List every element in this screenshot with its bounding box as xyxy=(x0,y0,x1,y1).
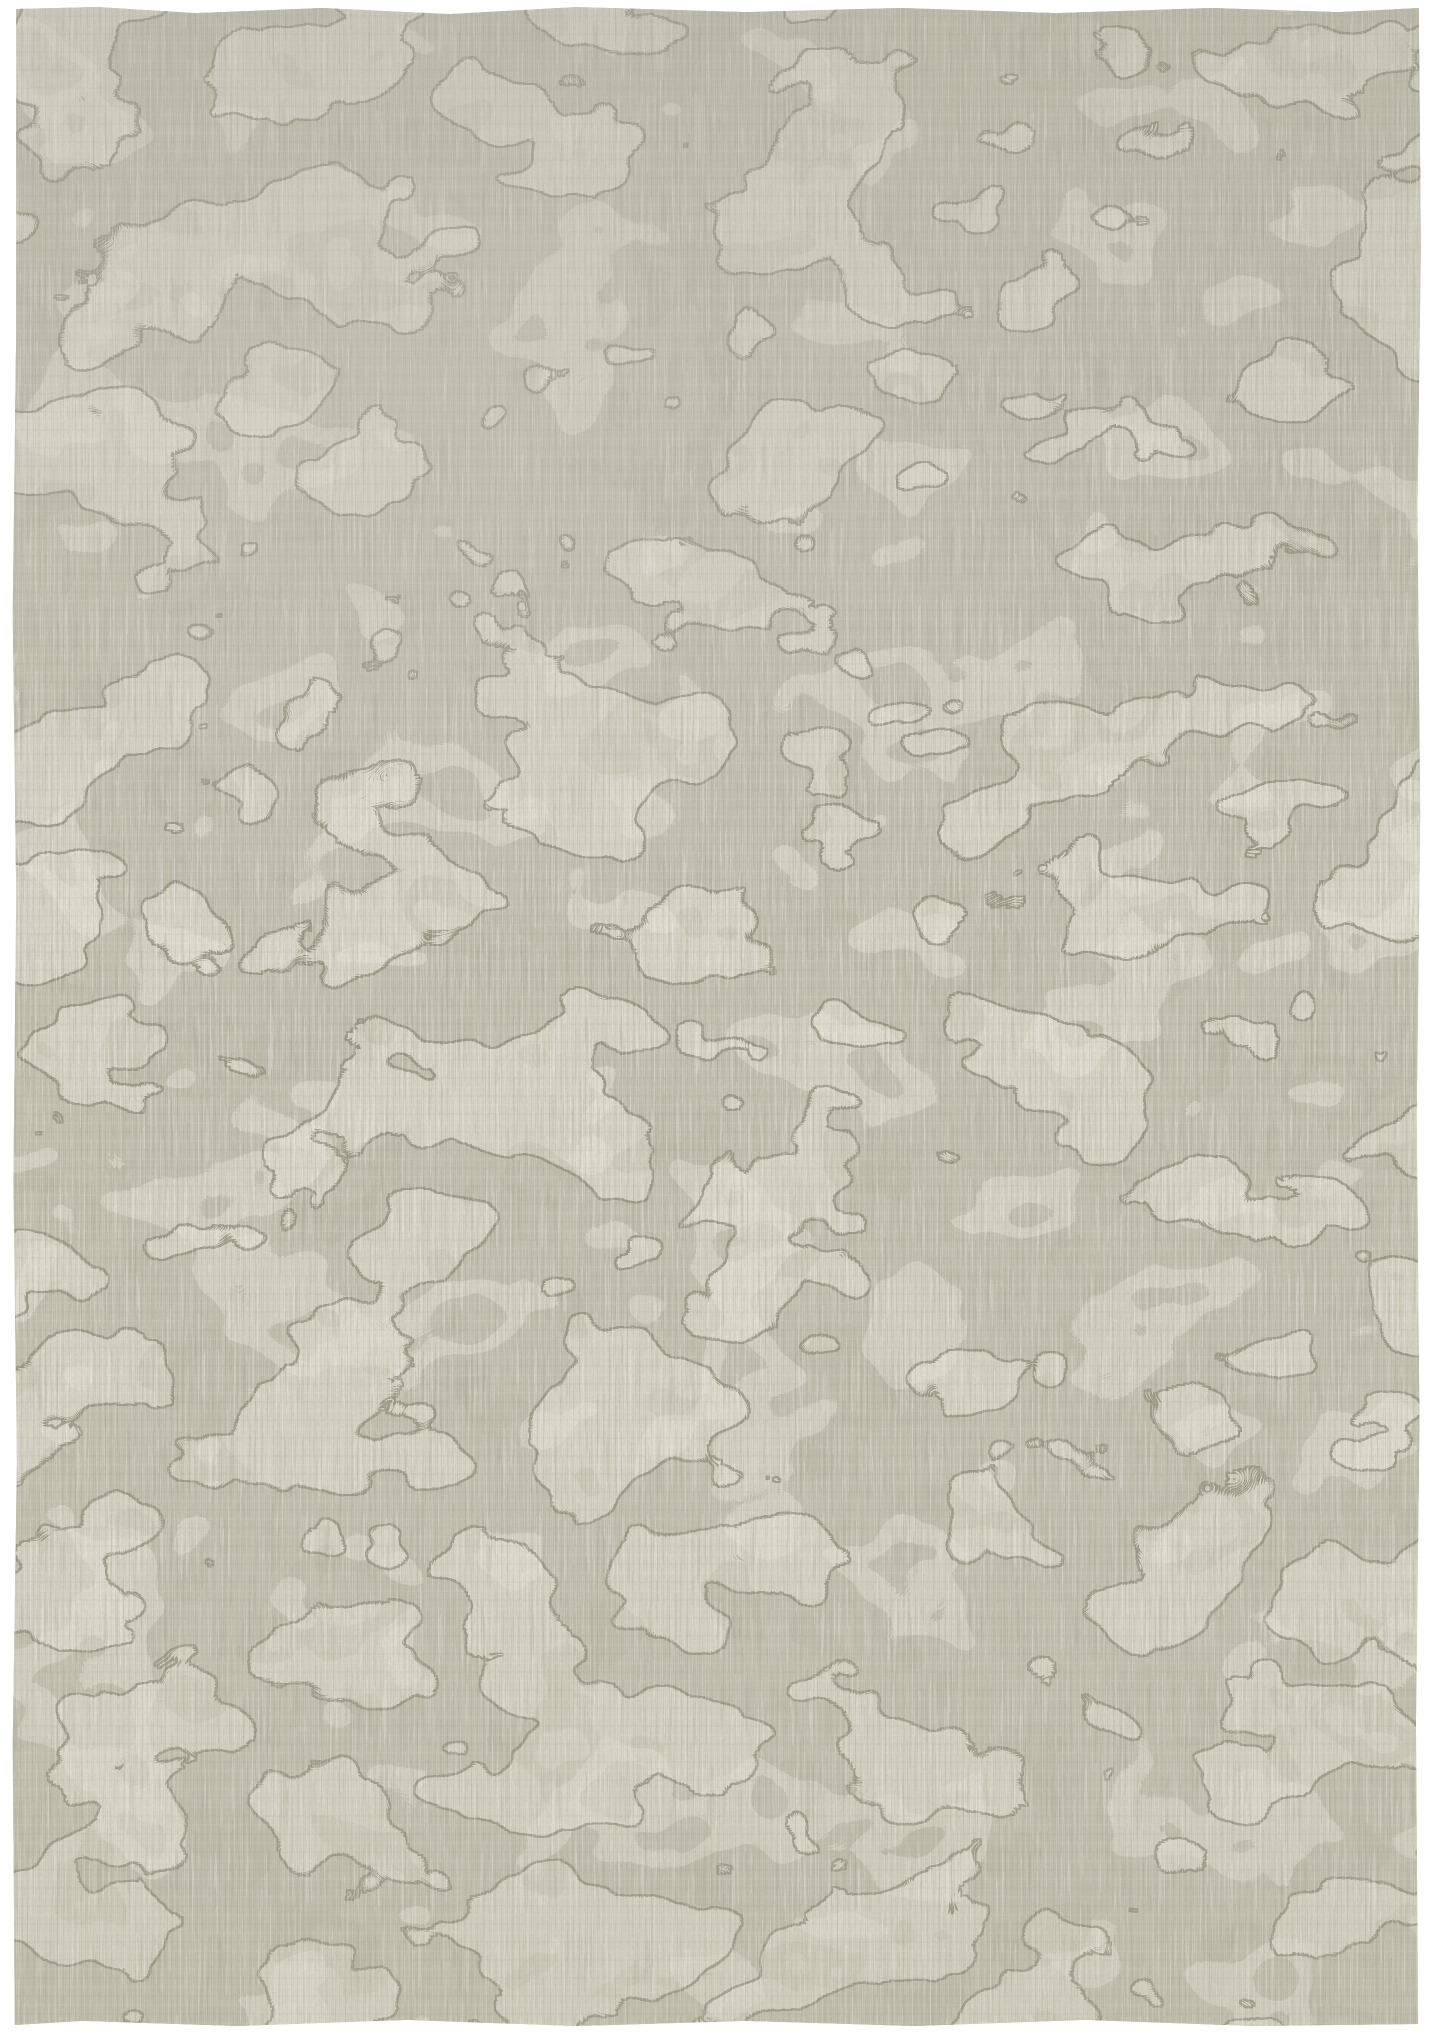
photo-background xyxy=(0,0,1445,2040)
rug-photo xyxy=(12,6,1423,2028)
rug-grain-layer xyxy=(12,6,1423,2028)
rug-texture-svg xyxy=(12,6,1423,2028)
